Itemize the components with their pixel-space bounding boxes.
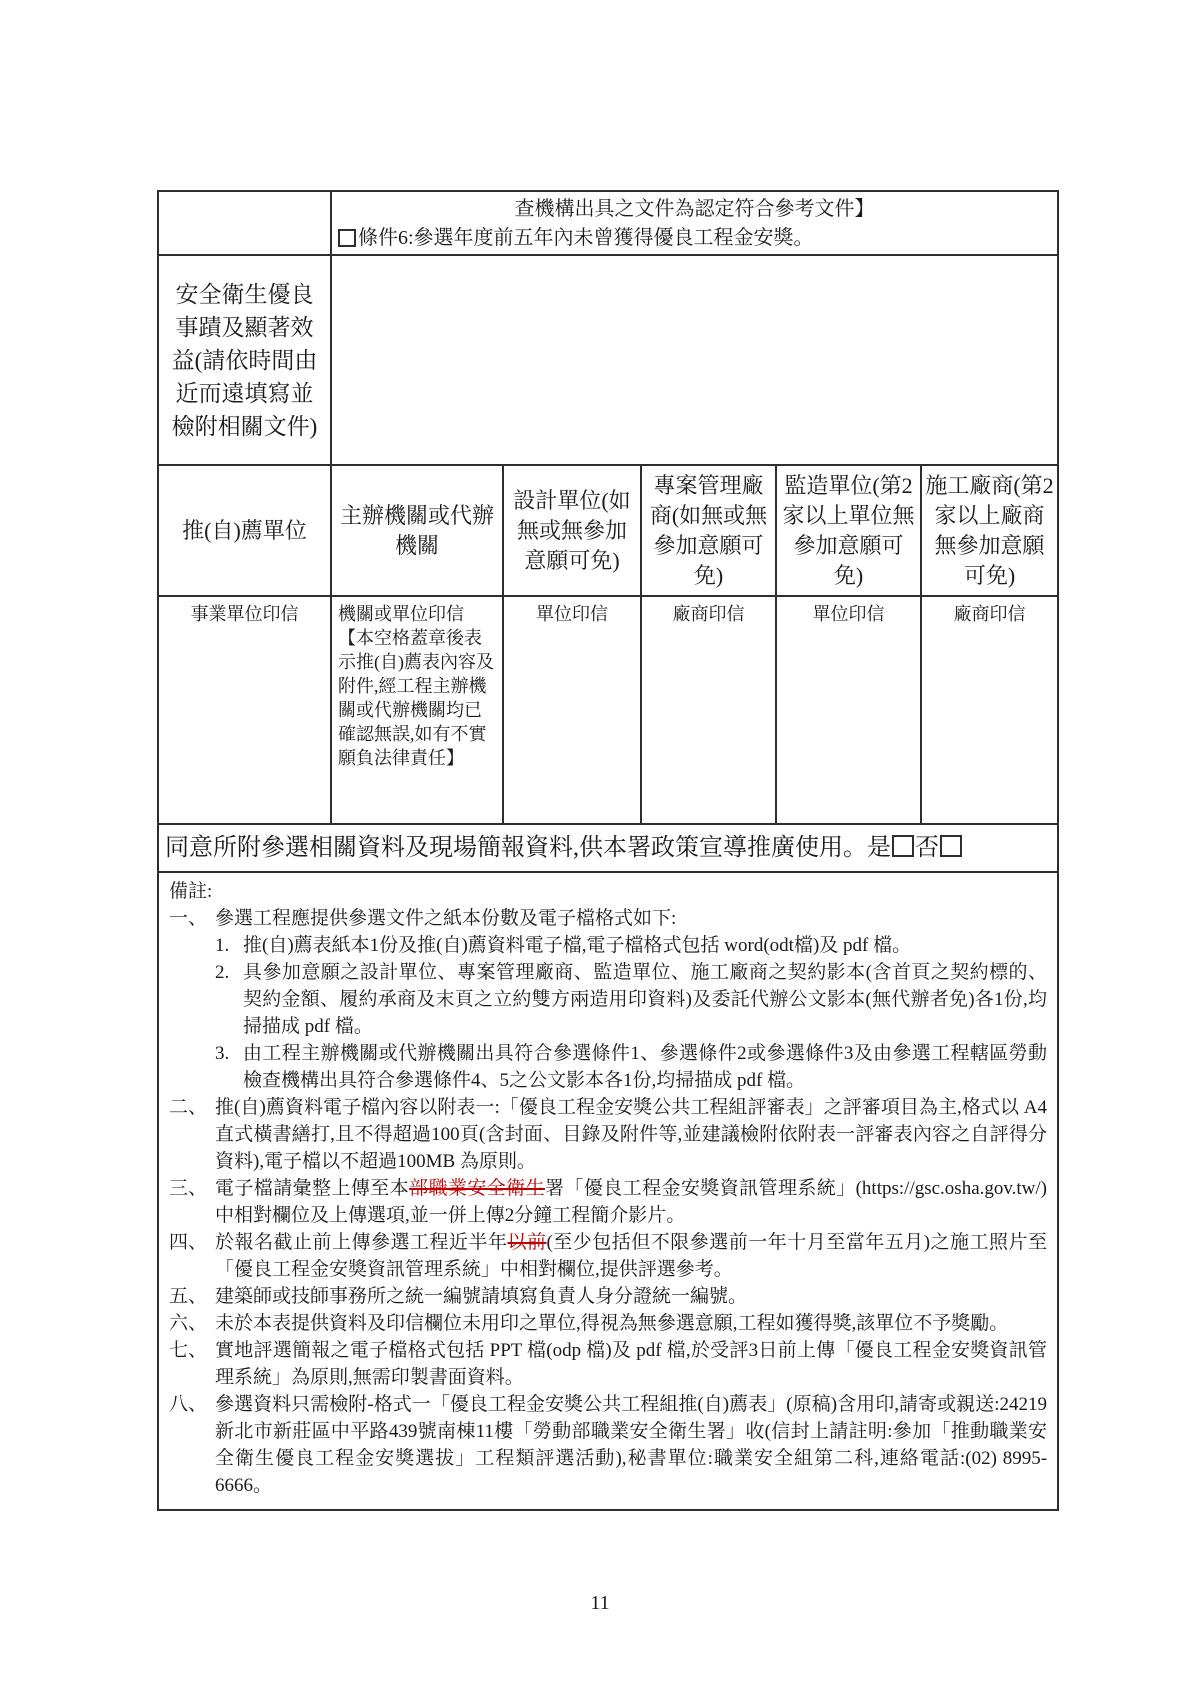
note-1-1-marker: 1. xyxy=(215,932,243,959)
note-2-text: 推(自)薦資料電子檔內容以附表一:「優良工程金安獎公共工程組評審表」之評審項目為… xyxy=(215,1094,1047,1175)
note-7-text: 實地評選簡報之電子檔格式包括 PPT 檔(odp 檔)及 pdf 檔,於受評3日… xyxy=(215,1337,1047,1391)
consent-cell: 同意所附參選相關資料及現場簡報資料,供本署政策宣導推廣使用。是否 xyxy=(158,824,1058,872)
note-item-7: 七、 實地評選簡報之電子檔格式包括 PPT 檔(odp 檔)及 pdf 檔,於受… xyxy=(169,1337,1047,1391)
note-5-marker: 五、 xyxy=(169,1283,215,1310)
note-5-text: 建築師或技師事務所之統一編號請填寫負責人身分證統一編號。 xyxy=(215,1283,1047,1310)
note-3-marker: 三、 xyxy=(169,1175,215,1229)
unit-header-row: 推(自)薦單位 主辦機關或代辦機關 設計單位(如無或無參加意願可免) 專案管理廠… xyxy=(158,465,1058,596)
consent-yes-label: 是 xyxy=(867,835,891,861)
seal-construction-contractor[interactable]: 廠商印信 xyxy=(921,596,1058,824)
condition6-line: 條件6:參選年度前五年內未曾獲得優良工程金安獎。 xyxy=(338,224,1051,252)
note-item-1: 一、 參選工程應提供參選文件之紙本份數及電子檔格式如下: xyxy=(169,905,1047,932)
note-4-text: 於報名截止前上傳參選工程近半年以前(至少包括但不限參選前一年十月至當年五月)之施… xyxy=(215,1229,1047,1283)
header-construction-contractor: 施工廠商(第2家以上廠商無參加意願可免) xyxy=(921,465,1058,596)
continuation-row: 查機構出具之文件為認定符合參考文件】 條件6:參選年度前五年內未曾獲得優良工程金… xyxy=(158,191,1058,255)
note-1-3-marker: 3. xyxy=(215,1040,243,1094)
seal-agency-label: 機關或單位印信 xyxy=(338,602,496,626)
consent-line: 同意所附參選相關資料及現場簡報資料,供本署政策宣導推廣使用。是否 xyxy=(165,829,1051,867)
note-item-1-3: 3. 由工程主辦機關或代辦機關出具符合參選條件1、參選條件2或參選條件3及由參選… xyxy=(215,1040,1047,1094)
note-3-text-pre: 電子檔請彙整上傳至本 xyxy=(215,1178,409,1199)
header-recommending-unit: 推(自)薦單位 xyxy=(158,465,331,596)
note-item-3: 三、 電子檔請彙整上傳至本部職業安全衛生署「優良工程金安獎資訊管理系統」(htt… xyxy=(169,1175,1047,1229)
page-number: 11 xyxy=(0,1592,1200,1615)
continuation-text: 查機構出具之文件為認定符合參考文件】 xyxy=(338,194,1051,224)
note-item-1-1: 1. 推(自)薦表紙本1份及推(自)薦資料電子檔,電子檔格式包括 word(od… xyxy=(215,932,1047,959)
achievements-label: 安全衛生優良事蹟及顯著效益(請依時間由近而遠填寫並檢附相關文件) xyxy=(158,255,331,465)
note-3-struck-text: 部職業安全衛生 xyxy=(409,1178,545,1199)
note-8-text: 參選資料只需檢附-格式一「優良工程金安獎公共工程組推(自)薦表」(原稿)含用印,… xyxy=(215,1391,1047,1499)
note-2-marker: 二、 xyxy=(169,1094,215,1175)
seal-pm-contractor[interactable]: 廠商印信 xyxy=(641,596,776,824)
seal-business-unit[interactable]: 事業單位印信 xyxy=(158,596,331,824)
condition6-checkbox[interactable] xyxy=(338,229,356,247)
note-item-1-2: 2. 具參加意願之設計單位、專案管理廠商、監造單位、施工廠商之契約影本(含首頁之… xyxy=(215,959,1047,1040)
note-item-5: 五、 建築師或技師事務所之統一編號請填寫負責人身分證統一編號。 xyxy=(169,1283,1047,1310)
document-page: 查機構出具之文件為認定符合參考文件】 條件6:參選年度前五年內未曾獲得優良工程金… xyxy=(0,0,1200,1697)
notes-heading: 備註: xyxy=(169,878,1047,905)
note-1-1-text: 推(自)薦表紙本1份及推(自)薦資料電子檔,電子檔格式包括 word(odt檔)… xyxy=(243,932,1047,959)
notes-cell: 備註: 一、 參選工程應提供參選文件之紙本份數及電子檔格式如下: 1. 推(自)… xyxy=(158,872,1058,1510)
seal-agency-disclaimer: 【本空格蓋章後表示推(自)薦表內容及附件,經工程主辦機關或代辦機關均已確認無誤,… xyxy=(338,626,496,770)
header-host-agency: 主辦機關或代辦機關 xyxy=(331,465,503,596)
note-1-3-text: 由工程主辦機關或代辦機關出具符合參選條件1、參選條件2或參選條件3及由參選工程轄… xyxy=(243,1040,1047,1094)
consent-row: 同意所附參選相關資料及現場簡報資料,供本署政策宣導推廣使用。是否 xyxy=(158,824,1058,872)
seal-row: 事業單位印信 機關或單位印信 【本空格蓋章後表示推(自)薦表內容及附件,經工程主… xyxy=(158,596,1058,824)
note-6-text: 未於本表提供資料及印信欄位未用印之單位,得視為無參選意願,工程如獲得獎,該單位不… xyxy=(215,1310,1047,1337)
note-4-marker: 四、 xyxy=(169,1229,215,1283)
consent-no-label: 否 xyxy=(915,835,939,861)
header-supervision-unit: 監造單位(第2家以上單位無參加意願可免) xyxy=(776,465,921,596)
consent-no-checkbox[interactable] xyxy=(940,835,962,857)
note-1-2-marker: 2. xyxy=(215,959,243,1040)
note-3-text: 電子檔請彙整上傳至本部職業安全衛生署「優良工程金安獎資訊管理系統」(https:… xyxy=(215,1175,1047,1229)
header-pm-contractor: 專案管理廠商(如無或無參加意願可免) xyxy=(641,465,776,596)
application-form-table: 查機構出具之文件為認定符合參考文件】 條件6:參選年度前五年內未曾獲得優良工程金… xyxy=(157,190,1059,1511)
note-item-8: 八、 參選資料只需檢附-格式一「優良工程金安獎公共工程組推(自)薦表」(原稿)含… xyxy=(169,1391,1047,1499)
continuation-content-cell: 查機構出具之文件為認定符合參考文件】 條件6:參選年度前五年內未曾獲得優良工程金… xyxy=(331,191,1058,255)
note-1-marker: 一、 xyxy=(169,905,215,932)
note-item-6: 六、 未於本表提供資料及印信欄位未用印之單位,得視為無參選意願,工程如獲得獎,該… xyxy=(169,1310,1047,1337)
note-1-2-text: 具參加意願之設計單位、專案管理廠商、監造單位、施工廠商之契約影本(含首頁之契約標… xyxy=(243,959,1047,1040)
note-1-text: 參選工程應提供參選文件之紙本份數及電子檔格式如下: xyxy=(215,905,1047,932)
note-8-marker: 八、 xyxy=(169,1391,215,1499)
note-item-4: 四、 於報名截止前上傳參選工程近半年以前(至少包括但不限參選前一年十月至當年五月… xyxy=(169,1229,1047,1283)
header-design-unit: 設計單位(如無或無參加意願可免) xyxy=(503,465,641,596)
seal-design-unit[interactable]: 單位印信 xyxy=(503,596,641,824)
seal-agency-cell[interactable]: 機關或單位印信 【本空格蓋章後表示推(自)薦表內容及附件,經工程主辦機關或代辦機… xyxy=(331,596,503,824)
continuation-left-cell xyxy=(158,191,331,255)
achievements-entry-cell[interactable] xyxy=(331,255,1058,465)
note-4-text-pre: 於報名截止前上傳參選工程近半年 xyxy=(215,1232,507,1253)
note-6-marker: 六、 xyxy=(169,1310,215,1337)
seal-supervision-unit[interactable]: 單位印信 xyxy=(776,596,921,824)
consent-yes-checkbox[interactable] xyxy=(892,835,914,857)
note-7-marker: 七、 xyxy=(169,1337,215,1391)
notes-row: 備註: 一、 參選工程應提供參選文件之紙本份數及電子檔格式如下: 1. 推(自)… xyxy=(158,872,1058,1510)
achievements-row: 安全衛生優良事蹟及顯著效益(請依時間由近而遠填寫並檢附相關文件) xyxy=(158,255,1058,465)
condition6-label: 條件6:參選年度前五年內未曾獲得優良工程金安獎。 xyxy=(358,224,814,252)
note-item-2: 二、 推(自)薦資料電子檔內容以附表一:「優良工程金安獎公共工程組評審表」之評審… xyxy=(169,1094,1047,1175)
note-4-struck-text: 以前 xyxy=(507,1232,546,1253)
consent-statement: 同意所附參選相關資料及現場簡報資料,供本署政策宣導推廣使用。 xyxy=(165,835,867,861)
